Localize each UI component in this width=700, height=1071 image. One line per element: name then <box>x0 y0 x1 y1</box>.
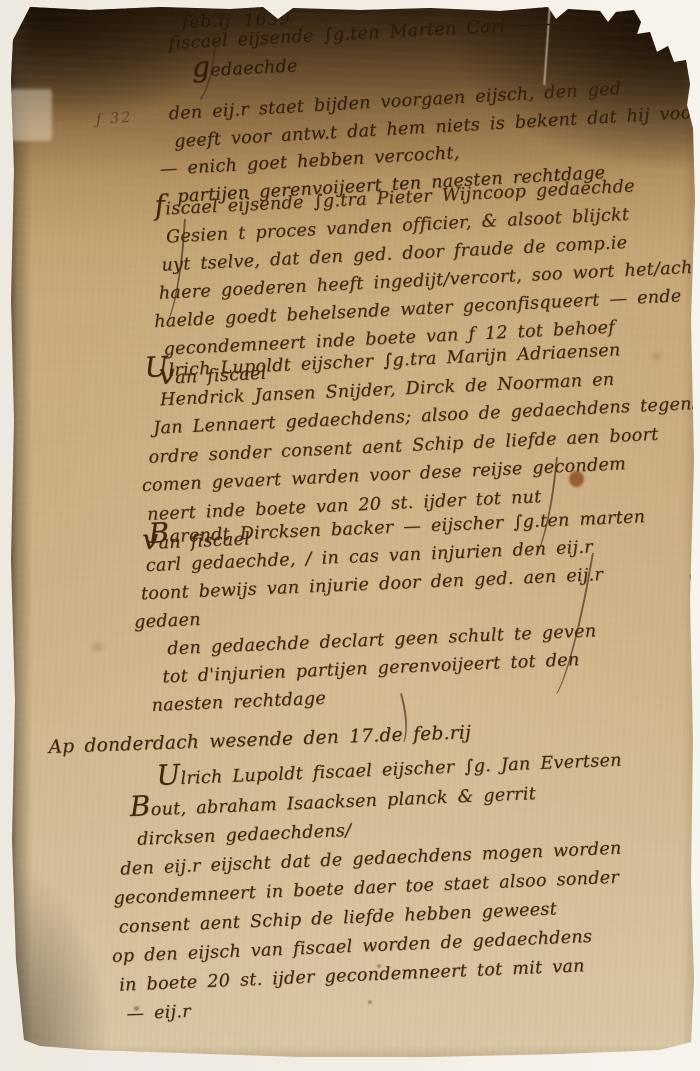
manuscript-scan: feb.ij 1639 ƒ 32 fiscael eijsende ∫g.ten… <box>0 0 700 1071</box>
ink-stain <box>690 573 697 581</box>
paper-sheet: feb.ij 1639 ƒ 32 fiscael eijsende ∫g.ten… <box>6 5 698 1059</box>
ink-layer: feb.ij 1639 ƒ 32 fiscael eijsende ∫g.ten… <box>6 5 698 1059</box>
folio-number: ƒ 32 <box>95 110 132 129</box>
pen-flourish <box>182 44 216 106</box>
case-lupoldt-vs-jan-evertsen-bout: Ulrich Lupoldt fiscael eijscher ∫g. Jan … <box>156 746 632 1028</box>
